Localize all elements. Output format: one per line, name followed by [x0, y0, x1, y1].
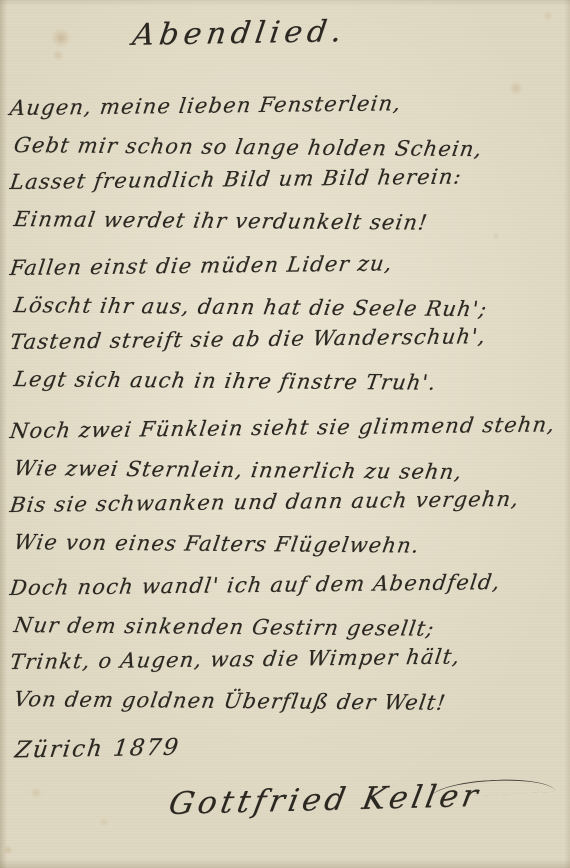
poem-title: Abendlied. — [130, 14, 348, 53]
stanza-3: Noch zwei Fünklein sieht sie glimmend st… — [10, 413, 554, 561]
poem-line: Augen, meine lieben Fensterlein, — [8, 84, 487, 127]
stanza-1: Augen, meine lieben Fensterlein, Gebt mi… — [10, 90, 483, 238]
poem-line: Von dem goldnen Überfluß der Welt! — [11, 681, 502, 722]
poem-line: Tastend streift sie ab die Wanderschuh', — [8, 318, 491, 361]
poem-line: Lasset freundlich Bild um Bild herein: — [8, 158, 487, 201]
poem-line: Trinkt, o Augen, was die Wimper hält, — [8, 638, 503, 681]
place-date: Zürich 1879 — [13, 735, 181, 764]
poem-line: Doch noch wandl' ich auf dem Abendfeld, — [8, 564, 503, 607]
signature: Gottfried Keller — [166, 778, 485, 822]
poem-line: Bis sie schwanken und dann auch vergehn, — [8, 480, 558, 524]
stanza-2: Fallen einst die müden Lider zu, Löscht … — [10, 250, 488, 398]
poem-line: Fallen einst die müden Lider zu, — [8, 244, 491, 287]
manuscript-page: Abendlied. Augen, meine lieben Fensterle… — [0, 0, 570, 868]
poem-line: Legt sich auch in ihre finstre Truh'. — [11, 361, 490, 402]
stanza-4: Doch noch wandl' ich auf dem Abendfeld, … — [10, 570, 500, 718]
poem-line: Einmal werdet ihr verdunkelt sein! — [11, 201, 485, 242]
poem-line: Wie von eines Falters Flügelwehn. — [11, 524, 556, 566]
poem-line: Noch zwei Fünklein sieht sie glimmend st… — [8, 406, 558, 450]
